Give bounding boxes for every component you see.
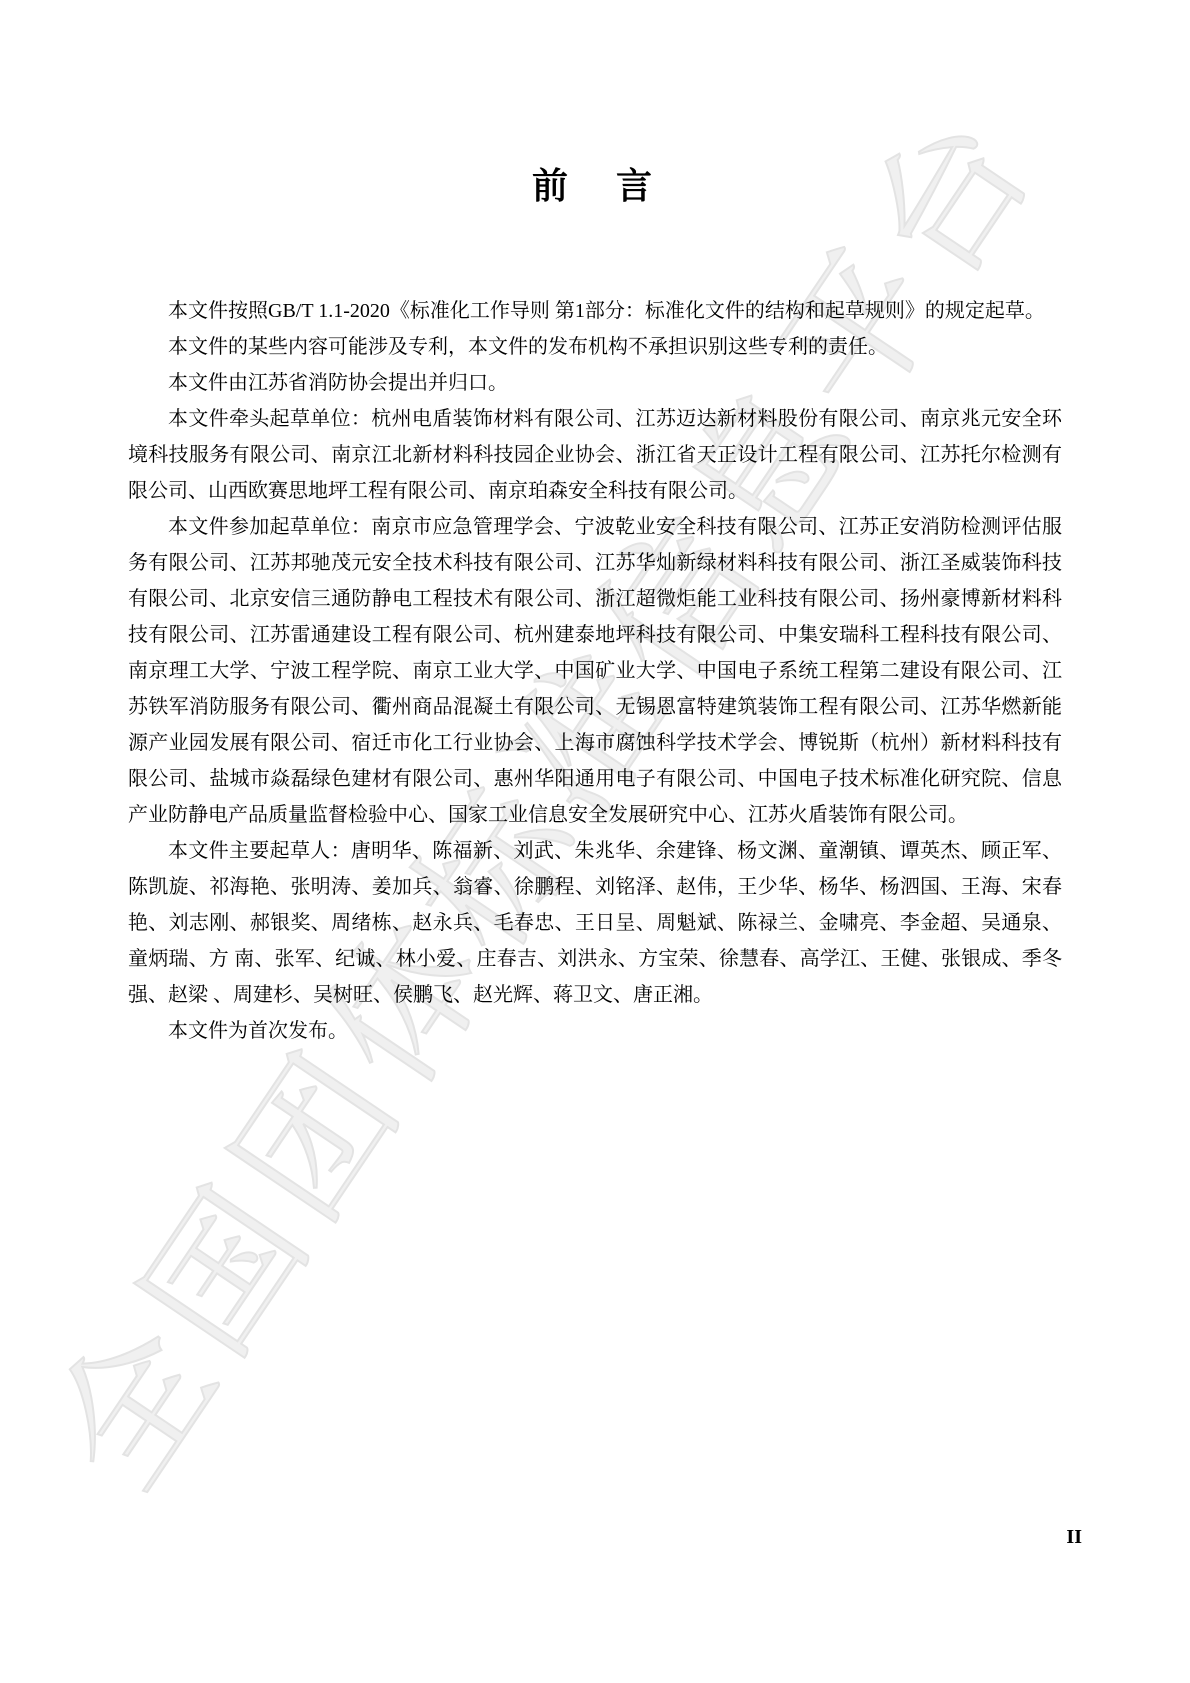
foreword-title: 前 言: [128, 158, 1062, 209]
paragraph-proposing-body: 本文件由江苏省消防协会提出并归口。: [128, 365, 1062, 401]
document-page: 全国团体标准信息平台 前 言 本文件按照GB/T 1.1-2020《标准化工作导…: [0, 0, 1190, 1683]
paragraph-participating-organizations: 本文件参加起草单位：南京市应急管理学会、宁波乾业安全科技有限公司、江苏正安消防检…: [128, 509, 1062, 833]
foreword-content: 前 言 本文件按照GB/T 1.1-2020《标准化工作导则 第1部分：标准化文…: [128, 158, 1062, 1049]
paragraph-main-drafters: 本文件主要起草人：唐明华、陈福新、刘武、朱兆华、余建锋、杨文渊、童潮镇、谭英杰、…: [128, 833, 1062, 1013]
page-number: II: [1066, 1526, 1082, 1549]
paragraph-first-publication: 本文件为首次发布。: [128, 1013, 1062, 1049]
paragraph-lead-drafting-organizations: 本文件牵头起草单位：杭州电盾装饰材料有限公司、江苏迈达新材料股份有限公司、南京兆…: [128, 401, 1062, 509]
paragraph-drafting-rule: 本文件按照GB/T 1.1-2020《标准化工作导则 第1部分：标准化文件的结构…: [128, 293, 1062, 329]
paragraph-patent-disclaimer: 本文件的某些内容可能涉及专利，本文件的发布机构不承担识别这些专利的责任。: [128, 329, 1062, 365]
